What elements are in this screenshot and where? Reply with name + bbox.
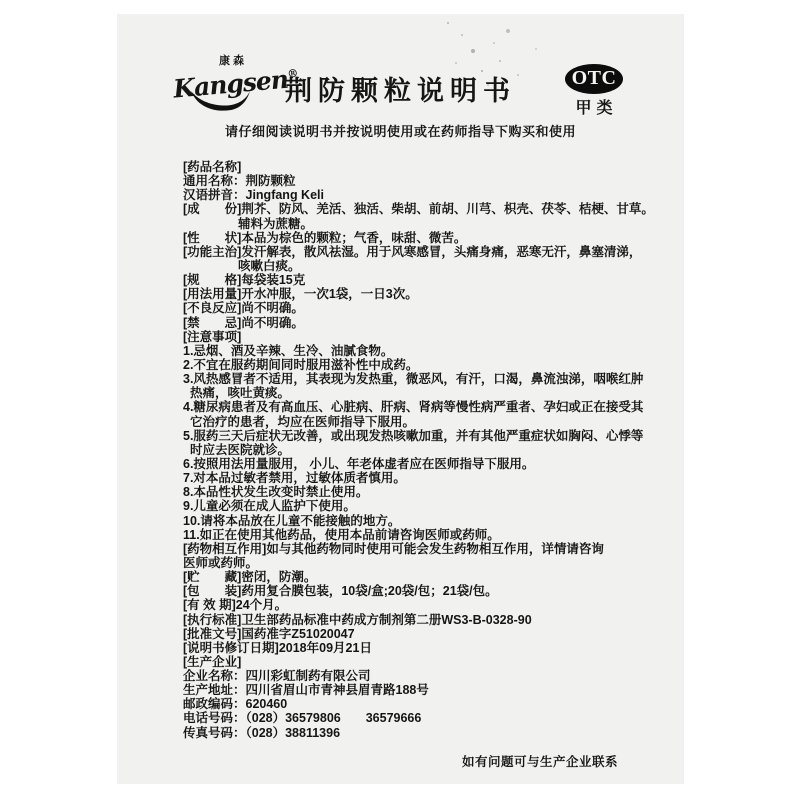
leaflet-line-6: [性 状]本品为棕色的颗粒；气香，味甜、微苦。: [183, 231, 669, 245]
leaflet-line-9: [规 格]每袋装15克: [183, 273, 669, 287]
leaflet-line-7: [功能主治]发汗解表，散风祛湿。用于风寒感冒，头痛身痛，恶寒无汗，鼻塞清涕，: [183, 245, 669, 259]
leaflet-line-2: 通用名称：荆防颗粒: [183, 174, 669, 188]
leaflet-line-10: [用法用量]开水冲服，一次1袋，一日3次。: [183, 287, 669, 301]
leaflet-line-1: [药品名称]: [183, 160, 669, 174]
otc-badge: OTC 甲类: [563, 64, 625, 118]
usage-notice: 请仔细阅读说明书并按说明使用或在药师指导下购买和使用: [117, 121, 684, 140]
leaflet-line-14: 1.忌烟、酒及辛辣、生冷、油腻食物。: [183, 344, 669, 358]
leaflet-line-37: 企业名称：四川彩虹制药有限公司: [183, 669, 669, 683]
leaflet-line-13: [注意事项]: [183, 330, 669, 344]
otc-class-label: 甲类: [563, 95, 625, 118]
leaflet-line-31: [包 装]药用复合膜包装，10袋/盒;20袋/包；21袋/包。: [183, 584, 669, 598]
leaflet-line-19: 它治疗的患者，均应在医师指导下服用。: [183, 415, 669, 429]
contact-note: 如有问题可与生产企业联系: [462, 752, 618, 770]
leaflet-line-38: 生产地址：四川省眉山市青神县眉青路188号: [183, 683, 669, 697]
leaflet-line-22: 6.按照用法用量服用， 小儿、年老体虚者应在医师指导下服用。: [183, 457, 669, 471]
leaflet-line-20: 5.服药三天后症状无改善，或出现发热咳嗽加重，并有其他严重症状如胸闷、心悸等: [183, 429, 669, 443]
leaflet-line-33: [执行标准]卫生部药品标准中药成方制剂第二册WS3-B-0328-90: [183, 613, 669, 627]
scan-artifact-speckles: [447, 22, 449, 24]
leaflet-line-24: 8.本品性状发生改变时禁止使用。: [183, 485, 669, 499]
leaflet-line-15: 2.不宜在服药期间同时服用滋补性中成药。: [183, 358, 669, 372]
leaflet-line-28: [药物相互作用]如与其他药物同时使用可能会发生药物相互作用，详情请咨询: [183, 542, 669, 556]
leaflet-line-18: 4.糖尿病患者及有高血压、心脏病、肝病、肾病等慢性病严重者、孕妇或正在接受其: [183, 400, 669, 414]
leaflet-line-34: [批准文号]国药准字Z51020047: [183, 627, 669, 641]
leaflet-line-12: [禁 忌]尚不明确。: [183, 316, 669, 330]
leaflet-line-41: 传真号码：（028）38811396: [183, 726, 669, 740]
leaflet-line-11: [不良反应]尚不明确。: [183, 301, 669, 315]
otc-oval-icon: OTC: [565, 64, 623, 94]
leaflet-line-23: 7.对本品过敏者禁用，过敏体质者慎用。: [183, 471, 669, 485]
leaflet-line-39: 邮政编码：620460: [183, 697, 669, 711]
leaflet-line-32: [有 效 期]24个月。: [183, 598, 669, 612]
leaflet-line-8: 咳嗽白痰。: [183, 259, 669, 273]
leaflet-line-3: 汉语拼音：Jingfang Keli: [183, 188, 669, 202]
leaflet-line-17: 热痛，咳吐黄痰。: [183, 386, 669, 400]
leaflet-line-16: 3.风热感冒者不适用，其表现为发热重，微恶风，有汗，口渴，鼻流浊涕，咽喉红肿: [183, 372, 669, 386]
leaflet-line-27: 11.如正在使用其他药品，使用本品前请咨询医师或药师。: [183, 528, 669, 542]
leaflet-line-40: 电话号码：（028）36579806 36579666: [183, 711, 669, 725]
leaflet-body: [药品名称]通用名称：荆防颗粒汉语拼音：Jingfang Keli[成 份]荆芥…: [183, 160, 669, 740]
leaflet-paper: 康森 Kangsen® 荆防颗粒说明书 OTC 甲类 请仔细阅读说明书并按说明使…: [117, 14, 684, 784]
screenshot-canvas: 康森 Kangsen® 荆防颗粒说明书 OTC 甲类 请仔细阅读说明书并按说明使…: [0, 0, 800, 800]
leaflet-line-4: [成 份]荆芥、防风、羌活、独活、柴胡、前胡、川芎、枳壳、茯苓、桔梗、甘草。: [183, 202, 669, 216]
leaflet-line-30: [贮 藏]密闭，防潮。: [183, 570, 669, 584]
leaflet-line-35: [说明书修订日期]2018年09月21日: [183, 641, 669, 655]
leaflet-line-26: 10.请将本品放在儿童不能接触的地方。: [183, 514, 669, 528]
leaflet-line-29: 医师或药师。: [183, 556, 669, 570]
leaflet-line-21: 时应去医院就诊。: [183, 443, 669, 457]
leaflet-line-36: [生产企业]: [183, 655, 669, 669]
leaflet-line-25: 9.儿童必须在成人监护下使用。: [183, 499, 669, 513]
leaflet-line-5: 辅料为蔗糖。: [183, 217, 669, 231]
